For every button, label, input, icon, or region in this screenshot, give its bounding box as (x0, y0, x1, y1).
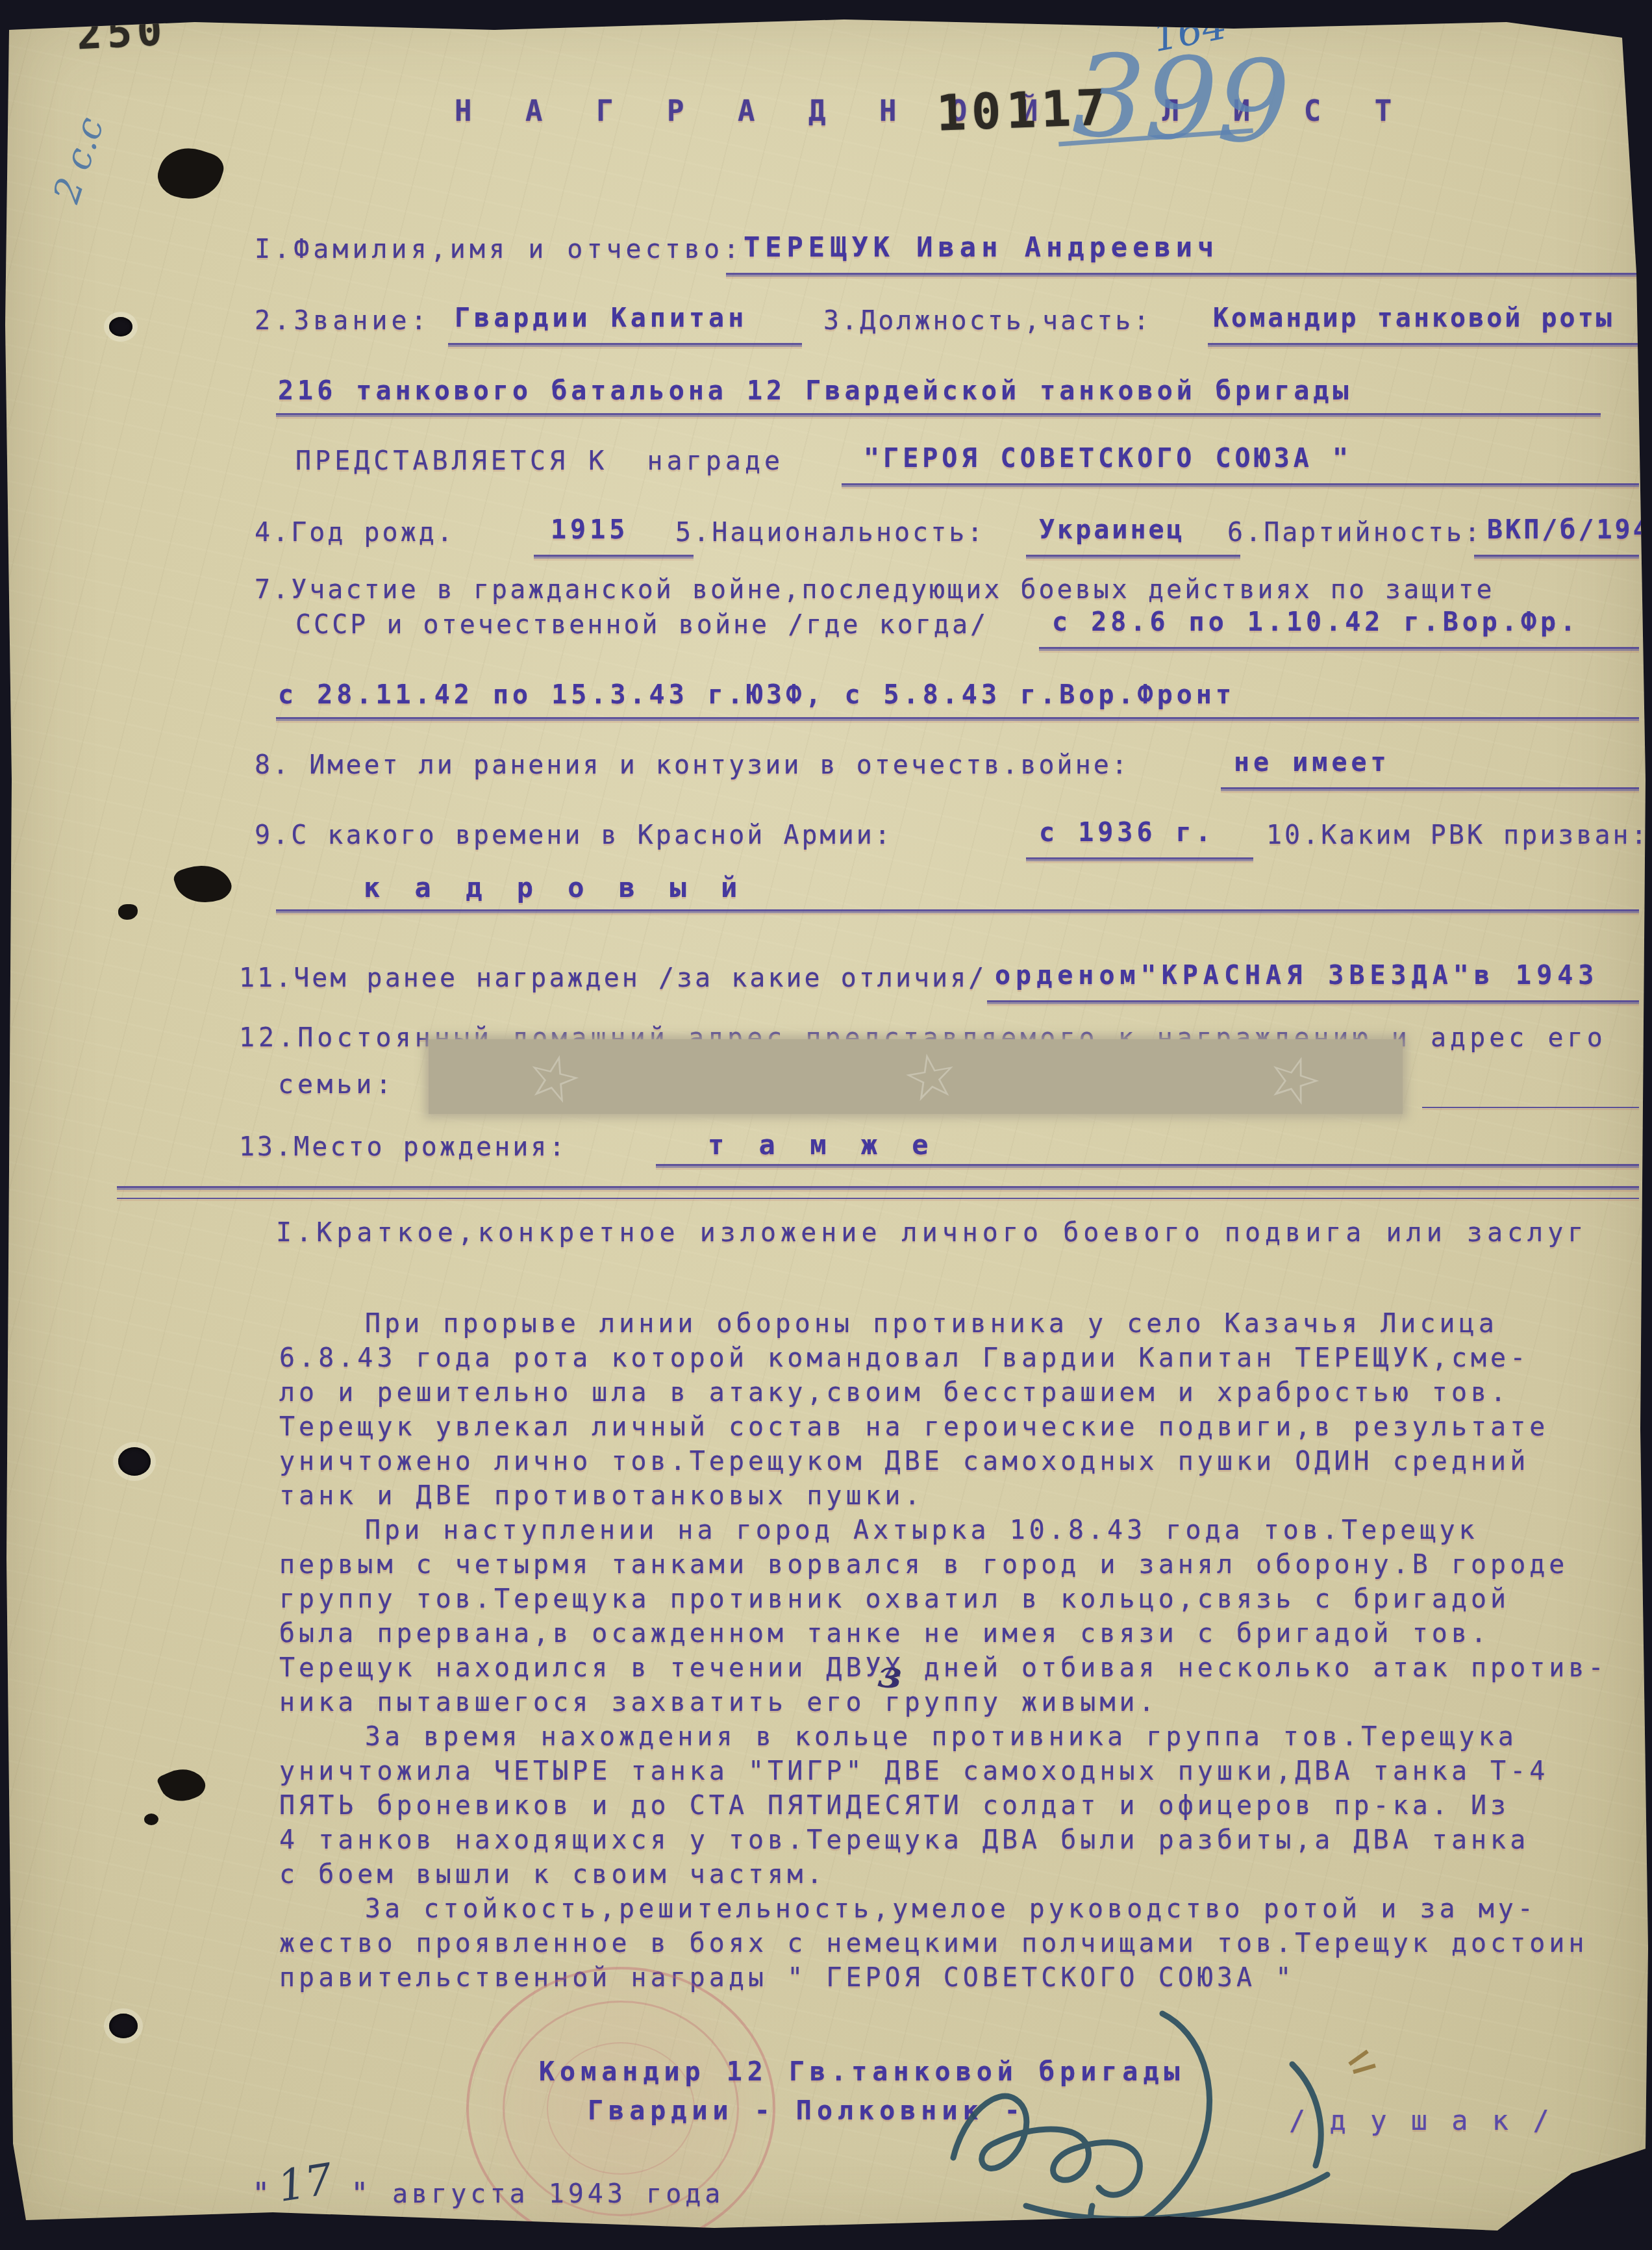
field-label-wounds: 8. Имеет ли ранения и контузии в отечест… (255, 751, 1130, 779)
field-value-birthplace: т а м ж е (708, 1130, 938, 1160)
field-value-army-since: с 1936 г. (1039, 818, 1215, 847)
body-text-line: Терещук находился в течении ДВУХ дней от… (279, 1651, 1649, 1686)
section-heading: I.Краткое,конкретное изложение личного б… (276, 1219, 1588, 1247)
body-text-line: первым с четырмя танками ворвался в горо… (279, 1548, 1649, 1582)
signature-name-typed: / д у ш а к / (1289, 2106, 1553, 2136)
field-value-fronts-2: с 28.11.42 по 15.3.43 г.ЮЗФ, с 5.8.43 г.… (278, 681, 1235, 709)
ink-blot (156, 1761, 208, 1809)
punch-hole (109, 2014, 138, 2038)
field-value-nationality: Украинец (1039, 516, 1185, 544)
field-label-birthplace: 13.Место рождения: (239, 1133, 567, 1161)
body-text-line: При прорыве линии обороны противника у с… (279, 1307, 1649, 1341)
watermark-star-icon: ☆ (518, 1036, 590, 1120)
rule-under-previous-awards (987, 1000, 1639, 1002)
field-label-recruited-by: 10.Каким РВК призван: (1266, 821, 1649, 850)
document-paper: 250 2 с.с Н А Г Р А Д Н О Й Л И С Т 1011… (0, 0, 1652, 2250)
field-value-wounds: не имеет (1234, 748, 1390, 777)
label-presented-for: ПРЕДСТАВЛЯЕТСЯ К награде (295, 447, 784, 475)
body-text-line: 4 танков находящихся у тов.Терещука ДВА … (279, 1823, 1649, 1858)
field-value-name: ТЕРЕЩУК Иван Андреевич (744, 233, 1219, 262)
field-value-rank: Гвардии Капитан (455, 304, 747, 333)
field-label-army-since: 9.С какого времени в Красной Армии: (255, 821, 893, 850)
body-text-line: уничтожила ЧЕТЫРЕ танка "ТИГР" ДВЕ самох… (279, 1754, 1649, 1789)
scanned-award-document: { "annotations": { "corner_number": "250… (0, 0, 1652, 2250)
rule-under-birth-year (534, 555, 694, 557)
rule-under-army-since (1026, 857, 1253, 859)
section-divider-line (117, 1198, 1639, 1199)
field-value-previous-awards: орденом"КРАСНАЯ ЗВЕЗДА"в 1943 (995, 961, 1599, 990)
body-text-line: 6.8.43 года рота которой командовал Гвар… (279, 1341, 1649, 1376)
field-value-party: ВКП/б/1943 (1487, 516, 1652, 544)
field-label-position: 3.Должность,часть: (823, 307, 1151, 335)
body-text-line: Терещук увлекал личный состав на героиче… (279, 1410, 1649, 1445)
rule-under-rank (448, 343, 802, 345)
body-text-line: При наступлении на город Ахтырка 10.8.43… (279, 1513, 1649, 1548)
date-close-quote: " (351, 2177, 373, 2210)
field-value-fronts-1: с 28.6 по 1.10.42 г.Вор.Фр. (1052, 608, 1579, 637)
rule-under-fronts-1 (1039, 647, 1639, 649)
field-value-recruited-by: к а д р о в ы й (364, 873, 746, 903)
body-text-line: танк и ДВЕ противотанковых пушки. (279, 1479, 1649, 1513)
page-corner-number-stamp: 250 (75, 8, 168, 58)
rule-under-recruited-by (276, 909, 1639, 911)
watermark-star-icon: ☆ (1257, 1036, 1332, 1122)
ink-smudge (1349, 2051, 1375, 2072)
ink-blot (118, 904, 138, 920)
body-text-line: была прервана,в осажденном танке не имея… (279, 1617, 1649, 1651)
punch-hole (118, 1447, 151, 1476)
date-open-quote: " (252, 2177, 274, 2210)
rule-under-nationality (1026, 555, 1240, 557)
rule-under-fronts-2 (276, 717, 1639, 719)
field-label-name: I.Фамилия,имя и отчество: (255, 235, 743, 264)
body-text-line: За стойкость,решительность,умелое руково… (279, 1892, 1649, 1927)
value-award-title: "ГЕРОЯ СОВЕТСКОГО СОЮЗА " (864, 444, 1352, 473)
rule-under-name (726, 273, 1639, 275)
feat-description-text: При прорыве линии обороны противника у с… (279, 1307, 1649, 1995)
body-text-line: ПЯТЬ броневиков и до СТА ПЯТИДЕСЯТИ солд… (279, 1789, 1649, 1823)
field-label-nationality: 5.Национальность: (675, 518, 985, 547)
rule-after-redaction (1422, 1107, 1639, 1108)
field-value-unit: 216 танкового батальона 12 Гвардейской т… (278, 377, 1353, 405)
rule-under-award (842, 483, 1639, 485)
body-text-line: с боем вышли к своим частям. (279, 1858, 1649, 1892)
field-label-war-participation: 7.Участие в гражданской войне,последующи… (255, 575, 1495, 604)
rule-under-wounds (1221, 787, 1639, 789)
body-text-line: ло и решительно шла в атаку,своим бесстр… (279, 1376, 1649, 1410)
body-text-line: ника пытавшегося захватить его группу жи… (279, 1686, 1649, 1720)
rule-under-party (1474, 555, 1639, 557)
rule-under-birthplace (656, 1164, 1639, 1166)
big-blue-handwritten-number: 399 (1071, 30, 1292, 170)
body-text-line: За время нахождения в кольце противника … (279, 1720, 1649, 1754)
handwritten-correction: з (876, 1651, 905, 1697)
body-text-line: уничтожено лично тов.Терещуком ДВЕ самох… (279, 1445, 1649, 1479)
field-value-position: Командир танковой роты (1213, 304, 1614, 333)
handwritten-date-day: 17 (274, 2154, 336, 2212)
ink-blot (171, 857, 234, 911)
body-text-line: группу тов.Терещука противник охватил в … (279, 1582, 1649, 1617)
ink-blot (144, 1814, 158, 1825)
field-label-rank: 2.Звание: (255, 307, 431, 335)
punch-hole (109, 317, 132, 336)
field-label-party: 6.Партийность: (1227, 518, 1483, 547)
redaction-box: ☆ ☆ ☆ (429, 1039, 1403, 1114)
margin-handwritten-note: 2 с.с (45, 112, 112, 208)
ink-blot (153, 140, 227, 208)
section-divider-line (117, 1186, 1639, 1188)
field-label-previous-awards: 11.Чем ранее награжден /за какие отличия… (239, 964, 986, 992)
watermark-star-icon: ☆ (897, 1036, 964, 1117)
field-value-birth-year: 1915 (551, 516, 629, 544)
body-text-line: жество проявленное в боях с немецкими по… (279, 1927, 1649, 1961)
field-label-war-participation-2: СССР и отечественной войне /где когда/ (295, 611, 988, 639)
field-label-family: семьи: (278, 1070, 395, 1099)
rule-under-position (1208, 343, 1639, 345)
field-label-birth-year: 4.Год рожд. (255, 518, 455, 547)
date-text: августа 1943 года (392, 2180, 724, 2208)
rule-under-unit (276, 413, 1601, 415)
